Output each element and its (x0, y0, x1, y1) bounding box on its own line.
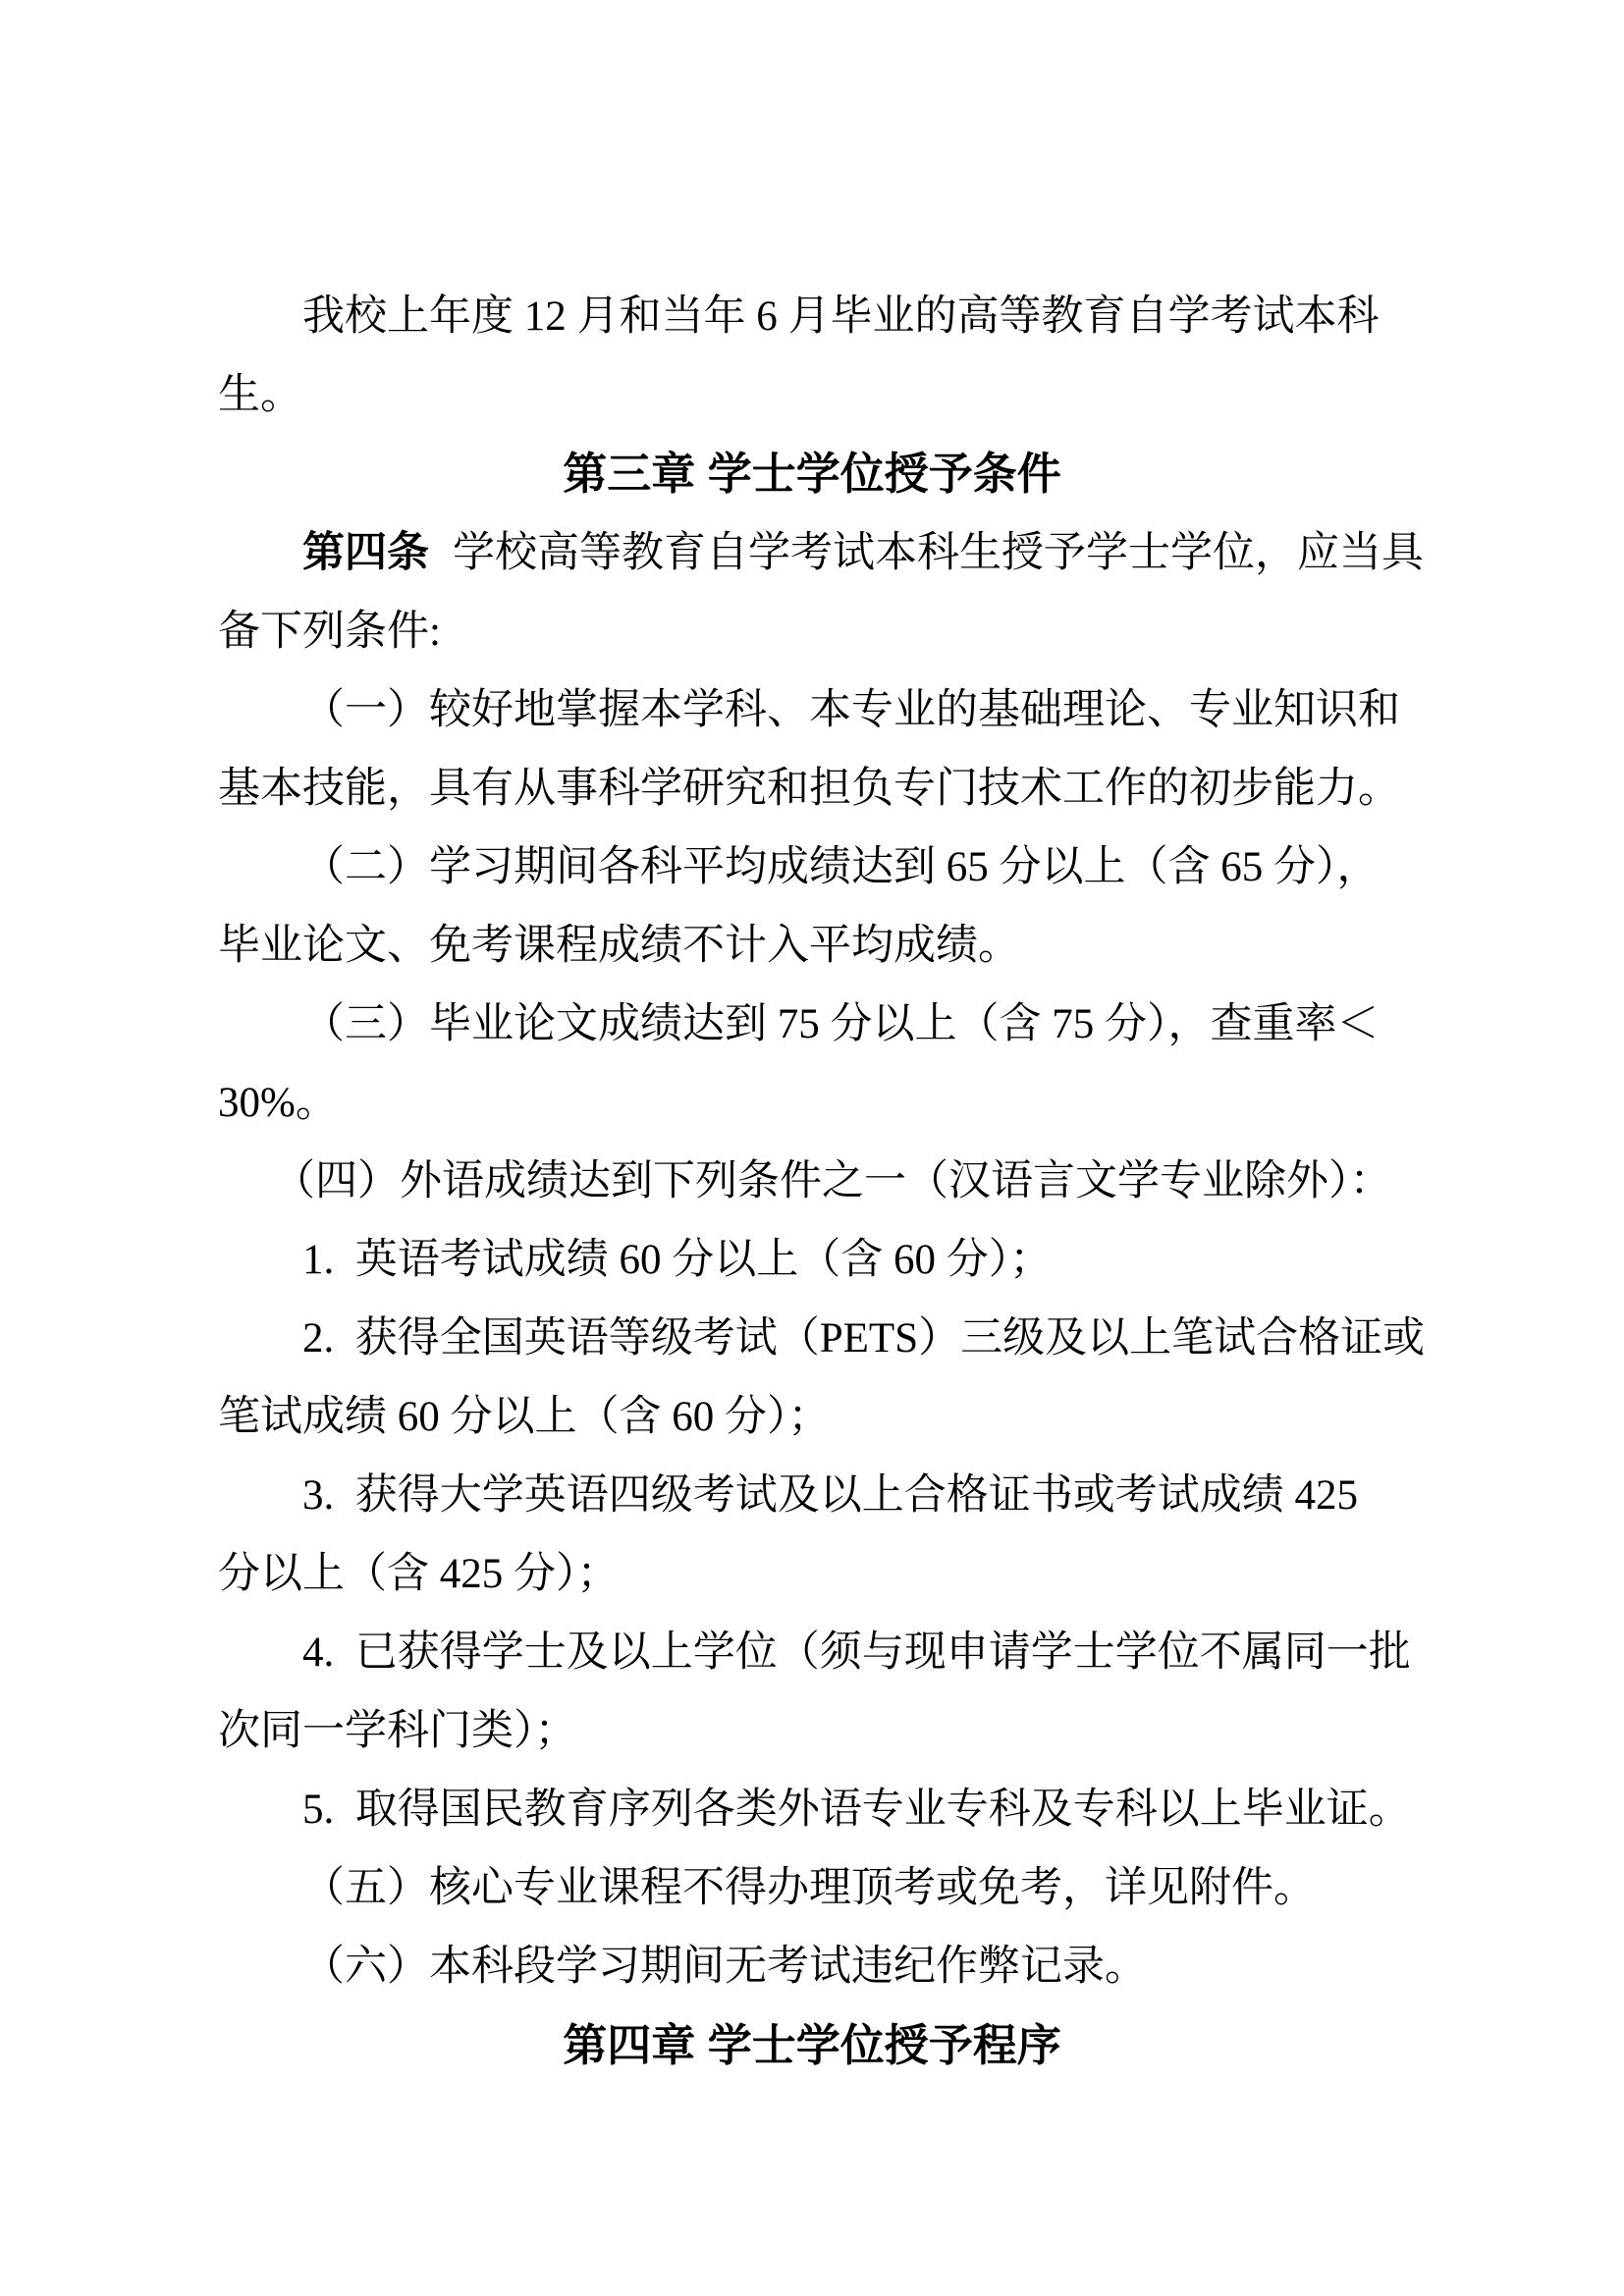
document-line: 2. 获得全国英语等级考试（PETS）三级及以上笔试合格证或 (218, 1300, 1406, 1378)
chapter-heading: 第四章 学士学位授予程序 (218, 2006, 1406, 2085)
document-lines: 我校上年度 12 月和当年 6 月毕业的高等教育自学考试本科生。第三章 学士学位… (218, 278, 1406, 2085)
document-line: 备下列条件: (218, 593, 1406, 671)
document-line: （一）较好地掌握本学科、本专业的基础理论、专业知识和 (218, 671, 1406, 750)
document-line: 我校上年度 12 月和当年 6 月毕业的高等教育自学考试本科 (218, 278, 1406, 356)
article-text: 学校高等教育自学考试本科生授予学士学位，应当具 (453, 530, 1424, 576)
document-page: 我校上年度 12 月和当年 6 月毕业的高等教育自学考试本科生。第三章 学士学位… (0, 0, 1624, 2296)
document-line: 3. 获得大学英语四级考试及以上合格证书或考试成绩 425 (218, 1457, 1406, 1535)
document-line: 30%。 (218, 1064, 1406, 1143)
document-line: 第四条学校高等教育自学考试本科生授予学士学位，应当具 (218, 513, 1406, 593)
chapter-heading: 第三章 学士学位授予条件 (218, 435, 1406, 513)
document-line: 生。 (218, 356, 1406, 435)
document-line: （四）外语成绩达到下列条件之一（汉语言文学专业除外）： (218, 1143, 1406, 1221)
document-line: 毕业论文、免考课程成绩不计入平均成绩。 (218, 907, 1406, 986)
document-line: 次同一学科门类）； (218, 1692, 1406, 1771)
document-line: （三）毕业论文成绩达到 75 分以上（含 75 分），查重率＜ (218, 986, 1406, 1064)
document-line: 分以上（含 425 分）； (218, 1535, 1406, 1614)
document-line: 5. 取得国民教育序列各类外语专业专科及专科以上毕业证。 (218, 1771, 1406, 1849)
article-number-label: 第四条 (302, 529, 429, 576)
document-line: （五）核心专业课程不得办理顶考或免考，详见附件。 (218, 1849, 1406, 1928)
document-line: 4. 已获得学士及以上学位（须与现申请学士学位不属同一批 (218, 1614, 1406, 1692)
document-line: 1. 英语考试成绩 60 分以上（含 60 分）； (218, 1221, 1406, 1300)
document-line: 笔试成绩 60 分以上（含 60 分）； (218, 1378, 1406, 1457)
document-line: （六）本科段学习期间无考试违纪作弊记录。 (218, 1928, 1406, 2006)
document-line: 基本技能，具有从事科学研究和担负专门技术工作的初步能力。 (218, 750, 1406, 828)
document-line: （二）学习期间各科平均成绩达到 65 分以上（含 65 分）， (218, 828, 1406, 907)
